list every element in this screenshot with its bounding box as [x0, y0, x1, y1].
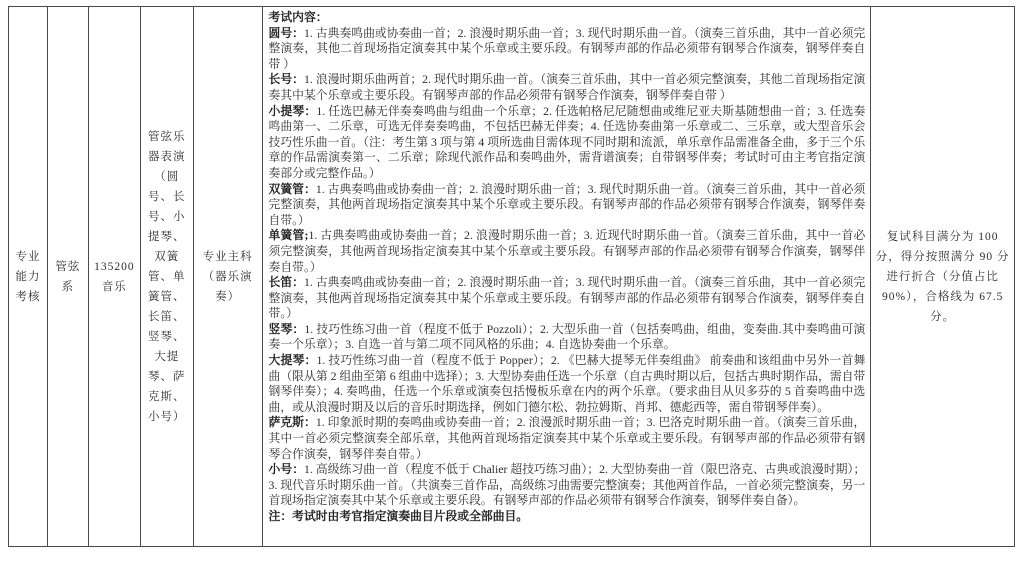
- exam-section-clarinet: 单簧管;1. 古典奏鸣曲或协奏曲一首；2. 浪漫时期乐曲一首；3. 近现代时期乐…: [269, 228, 866, 275]
- major-direction-cell: 管弦乐器表演（圆号、长号、小提琴、双簧管、单簧管、长笛、竖琴、大提琴、萨克斯、小…: [141, 7, 194, 546]
- exam-note: 注：考试时由考官指定演奏曲目片段或全部曲目。: [269, 509, 866, 525]
- exam-section-cello: 大提琴：1. 技巧性练习曲一首（程度不低于 Popper）；2. 《巴赫大提琴无…: [269, 353, 866, 415]
- subject-text: 专业主科（器乐演奏）: [197, 247, 259, 307]
- exam-section-violin: 小提琴：1. 任选巴赫无伴奏奏鸣曲与组曲一个乐章；2. 任选帕格尼尼随想曲或维尼…: [269, 104, 866, 182]
- department-text: 管弦系: [51, 257, 85, 297]
- major-direction-text: 管弦乐器表演（圆号、长号、小提琴、双簧管、单簧管、长笛、竖琴、大提琴、萨克斯、小…: [144, 127, 190, 427]
- exam-section-french-horn: 圆号：1. 古典奏鸣曲或协奏曲一首；2. 浪漫时期乐曲一首；3. 现代时期乐曲一…: [269, 26, 866, 73]
- exam-section-flute: 长笛：1. 古典奏鸣曲或协奏曲一首；2. 浪漫时期乐曲一首；3. 现代时期乐曲一…: [269, 275, 866, 322]
- assessment-type-cell: 专业能力考核: [9, 7, 48, 546]
- exam-section-trombone: 长号：1. 浪漫时期乐曲两首；2. 现代时期乐曲一首。（演奏三首乐曲，其中一首必…: [269, 72, 866, 103]
- assessment-type-text: 专业能力考核: [12, 247, 44, 307]
- exam-info-table: 专业能力考核 管弦系 135200 音乐 管弦乐器表演（圆号、长号、小提琴、双簧…: [8, 6, 1015, 547]
- exam-section-trumpet: 小号：1. 高级练习曲一首（程度不低于 Chalier 超技巧练习曲）；2. 大…: [269, 462, 866, 509]
- scoring-rule-cell: 复试科目满分为 100 分，得分按照满分 90 分进行折合（分值占比 90%），…: [871, 7, 1014, 546]
- program-code-cell: 135200 音乐: [89, 7, 141, 546]
- scoring-rule-text: 复试科目满分为 100 分，得分按照满分 90 分进行折合（分值占比 90%），…: [874, 227, 1011, 327]
- department-cell: 管弦系: [48, 7, 89, 546]
- exam-content-title: 考试内容：: [269, 10, 866, 26]
- exam-section-oboe: 双簧管：1. 古典奏鸣曲或协奏曲一首；2. 浪漫时期乐曲一首；3. 现代时期乐曲…: [269, 182, 866, 229]
- subject-cell: 专业主科（器乐演奏）: [194, 7, 263, 546]
- exam-content-cell: 考试内容： 圆号：1. 古典奏鸣曲或协奏曲一首；2. 浪漫时期乐曲一首；3. 现…: [263, 7, 872, 546]
- exam-section-harp: 竖琴：1. 技巧性练习曲一首（程度不低于 Pozzoli）；2. 大型乐曲一首（…: [269, 322, 866, 353]
- program-code-text: 135200 音乐: [92, 257, 137, 297]
- exam-section-saxophone: 萨克斯：1. 印象派时期的奏鸣曲或协奏曲一首；2. 浪漫派时期乐曲一首；3. 巴…: [269, 415, 866, 462]
